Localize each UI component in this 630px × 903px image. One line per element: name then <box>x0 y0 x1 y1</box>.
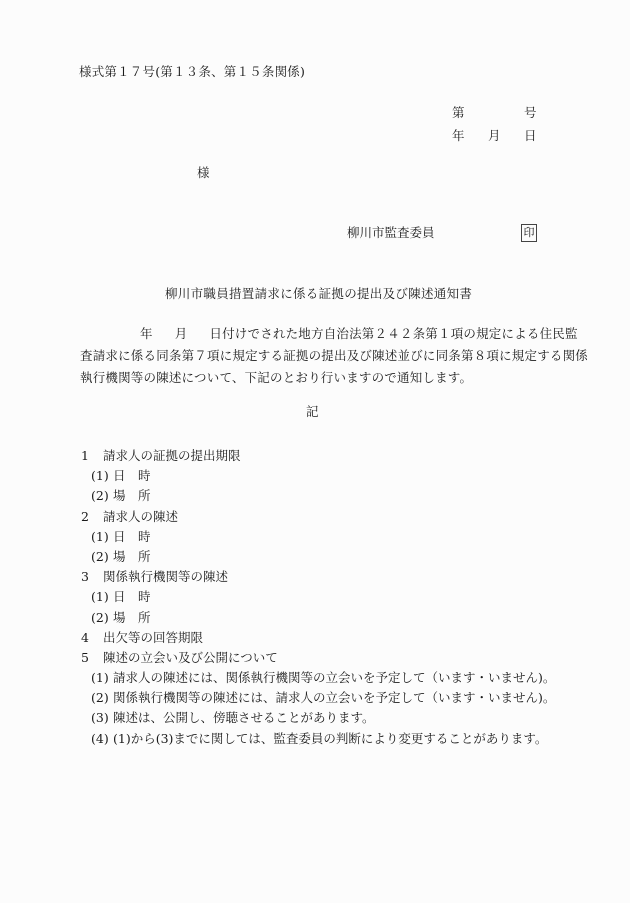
list-subitem: (1)日 時 <box>81 587 561 607</box>
item-list: 1請求人の証拠の提出期限(1)日 時(2)場 所2請求人の陳述(1)日 時(2)… <box>81 446 561 749</box>
body-line-3: 執行機関等の陳述について、下記のとおり行いますので通知します。 <box>80 367 550 389</box>
item-number: (3) <box>91 708 109 728</box>
item-number: 1 <box>81 446 89 466</box>
item-number: (2) <box>91 547 109 567</box>
ki-heading: 記 <box>306 406 319 419</box>
item-number: 4 <box>81 628 89 648</box>
item-label: 場 所 <box>113 547 151 567</box>
list-subitem: (1)日 時 <box>81 466 561 486</box>
item-label: 陳述の立会い及び公開について <box>103 648 278 668</box>
number-prefix: 第 <box>452 107 465 120</box>
item-number: (2) <box>91 688 109 708</box>
item-number: (1) <box>91 527 109 547</box>
item-label: 日 時 <box>113 527 151 547</box>
item-label: 場 所 <box>113 486 151 506</box>
list-subitem: (2)場 所 <box>81 547 561 567</box>
item-label: 請求人の陳述には、関係執行機関等の立会いを予定して（います・いません)。 <box>113 668 555 688</box>
item-number: (4) <box>91 729 109 749</box>
item-label: 場 所 <box>113 608 151 628</box>
item-number: (1) <box>91 587 109 607</box>
item-label: 関係執行機関等の陳述 <box>103 567 228 587</box>
item-label: 出欠等の回答期限 <box>103 628 203 648</box>
body-paragraph: 年月日付けでされた地方自治法第２４２条第１項の規定による住民監 査請求に係る同条… <box>80 323 550 389</box>
date-day: 日 <box>524 130 537 143</box>
item-number: (1) <box>91 668 109 688</box>
item-label: 請求人の証拠の提出期限 <box>103 446 241 466</box>
list-item: 4出欠等の回答期限 <box>81 628 561 648</box>
item-label: 日 時 <box>113 466 151 486</box>
item-label: 日 時 <box>113 587 151 607</box>
seal-mark: 印 <box>521 224 537 242</box>
body-line-2: 査請求に係る同条第７項に規定する証拠の提出及び陳述並びに同条第８項に規定する関係 <box>80 345 550 367</box>
list-subitem: (1)請求人の陳述には、関係執行機関等の立会いを予定して（います・いません)。 <box>81 668 561 688</box>
item-label: 陳述は、公開し、傍聴させることがあります。 <box>113 708 375 728</box>
item-label: 関係執行機関等の陳述には、請求人の立会いを予定して（います・いません)。 <box>113 688 555 708</box>
body-line-1: 年月日付けでされた地方自治法第２４２条第１項の規定による住民監 <box>80 323 550 345</box>
document-title: 柳川市職員措置請求に係る証拠の提出及び陳述通知書 <box>165 288 472 301</box>
item-number: (2) <box>91 486 109 506</box>
item-number: (1) <box>91 466 109 486</box>
list-subitem: (1)日 時 <box>81 527 561 547</box>
body-line-1-text: 日付けでされた地方自治法第２４２条第１項の規定による住民監 <box>209 326 577 341</box>
list-subitem: (3)陳述は、公開し、傍聴させることがあります。 <box>81 708 561 728</box>
body-month: 月 <box>175 326 188 341</box>
sender-name: 柳川市監査委員 <box>347 227 435 240</box>
date-year: 年 <box>452 130 465 143</box>
list-item: 3関係執行機関等の陳述 <box>81 567 561 587</box>
addressee: 様 <box>197 167 210 180</box>
item-number: (2) <box>91 608 109 628</box>
list-item: 5陳述の立会い及び公開について <box>81 648 561 668</box>
number-suffix: 号 <box>524 107 537 120</box>
list-item: 1請求人の証拠の提出期限 <box>81 446 561 466</box>
item-number: 2 <box>81 507 89 527</box>
body-year: 年 <box>140 326 153 341</box>
list-subitem: (2)関係執行機関等の陳述には、請求人の立会いを予定して（います・いません)。 <box>81 688 561 708</box>
list-subitem: (4)(1)から(3)までに関しては、監査委員の判断により変更することがあります… <box>81 729 561 749</box>
item-label: 請求人の陳述 <box>103 507 178 527</box>
form-number: 様式第１７号(第１３条、第１５条関係) <box>79 66 305 79</box>
item-number: 3 <box>81 567 89 587</box>
list-subitem: (2)場 所 <box>81 486 561 506</box>
list-item: 2請求人の陳述 <box>81 507 561 527</box>
date-month: 月 <box>488 130 501 143</box>
item-number: 5 <box>81 648 89 668</box>
list-subitem: (2)場 所 <box>81 608 561 628</box>
item-label: (1)から(3)までに関しては、監査委員の判断により変更することがあります。 <box>113 729 547 749</box>
